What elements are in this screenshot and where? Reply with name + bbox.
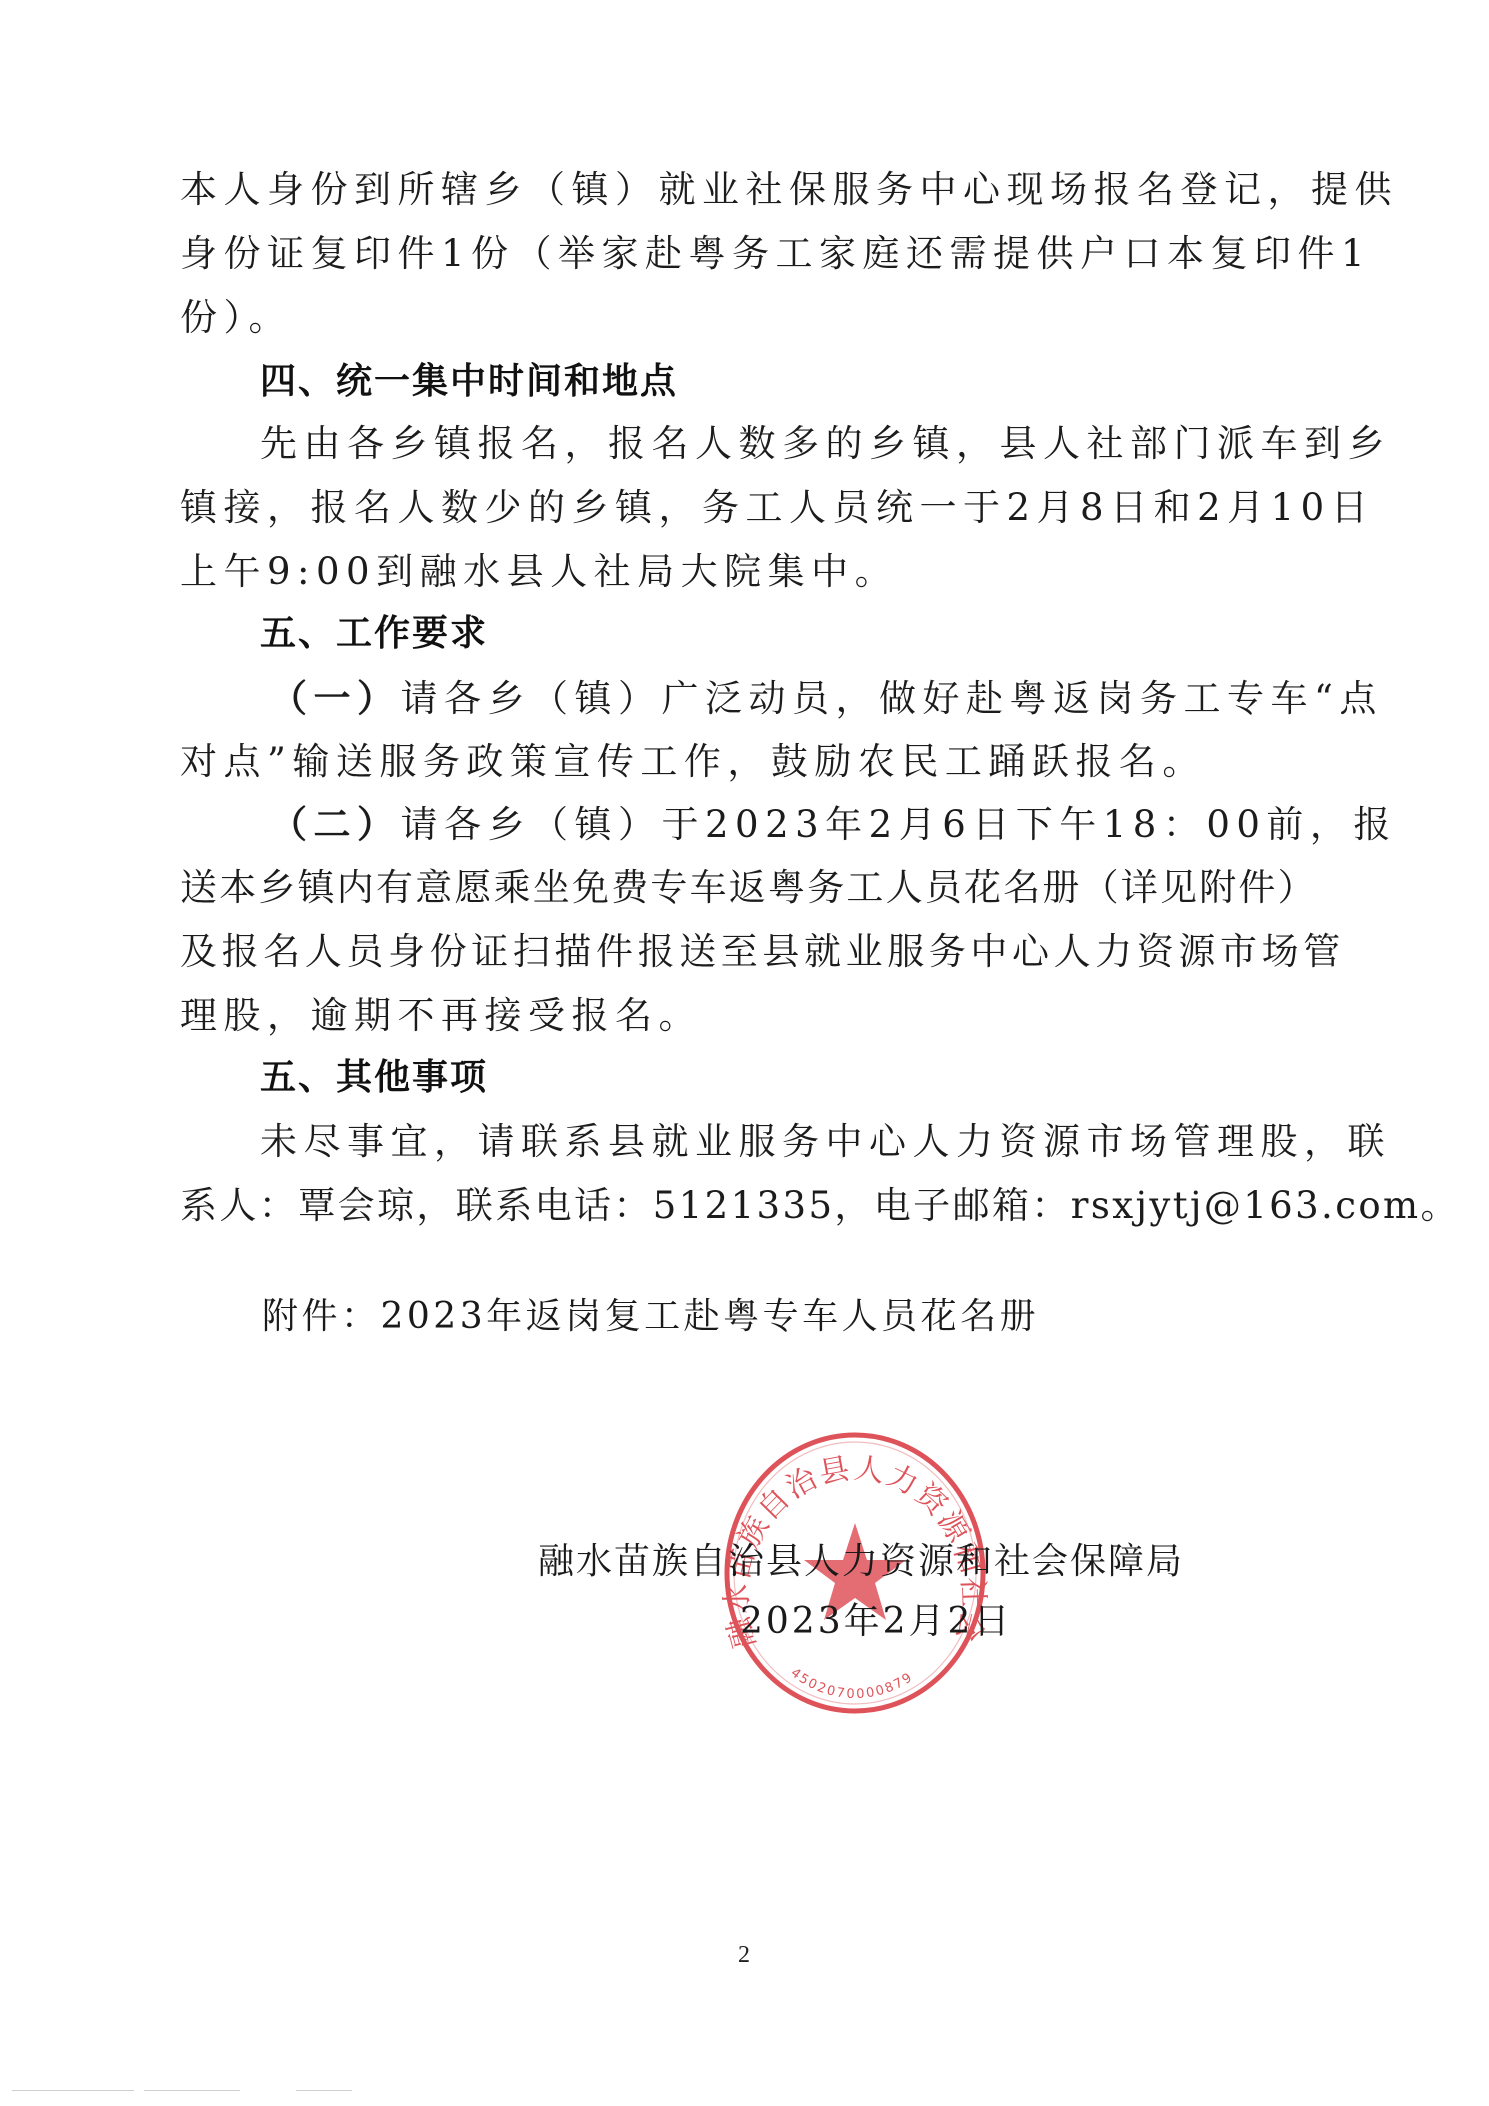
list-item-line: 送本乡镇内有意愿乘坐免费专车返粤务工人员花名册（详见附件） <box>180 866 1317 910</box>
svg-text:4502070000879: 4502070000879 <box>788 1666 917 1703</box>
list-item-line: 理股，逾期不再接受报名。 <box>180 994 702 1038</box>
paragraph-line: 本人身份到所辖乡（镇）就业社保服务中心现场报名登记，提供 <box>180 168 1398 212</box>
document-page: 本人身份到所辖乡（镇）就业社保服务中心现场报名登记，提供 身份证复印件1份（举家… <box>0 0 1489 2106</box>
list-item-text: 请各乡（镇）广泛动员，做好赴粤返岗务工专车“点 <box>401 677 1383 720</box>
list-item-text: 请各乡（镇）于2023年2月6日下午18：00前，报 <box>401 803 1397 846</box>
page-number: 2 <box>738 1942 750 1969</box>
attachment-note: 附件：2023年返岗复工赴粤专车人员花名册 <box>262 1295 1039 1339</box>
section-heading-other: 五、其他事项 <box>260 1056 488 1100</box>
list-item-2: （二）请各乡（镇）于2023年2月6日下午18：00前，报 <box>270 802 1397 847</box>
section-body-line: 未尽事宜，请联系县就业服务中心人力资源市场管理股，联 <box>260 1120 1391 1164</box>
section-body-line: 先由各乡镇报名，报名人数多的乡镇，县人社部门派车到乡 <box>260 422 1391 466</box>
section-heading-5: 五、工作要求 <box>260 612 488 656</box>
list-item-line: 及报名人员身份证扫描件报送至县就业服务中心人力资源市场管 <box>180 930 1345 974</box>
list-item-line: 对点”输送服务政策宣传工作，鼓励农民工踊跃报名。 <box>180 740 1206 784</box>
section-body-line: 镇接，报名人数少的乡镇，务工人员统一于2月8日和2月10日 <box>180 486 1374 530</box>
signature-organization: 融水苗族自治县人力资源和社会保障局 <box>538 1540 1184 1584</box>
scan-artifact-line <box>12 2090 134 2091</box>
list-item-1: （一）请各乡（镇）广泛动员，做好赴粤返岗务工专车“点 <box>270 676 1383 721</box>
signature-date: 2023年2月2日 <box>740 1600 1012 1644</box>
contact-line: 系人：覃会琼，联系电话：5121335，电子邮箱：rsxjytj@163.com… <box>180 1184 1460 1228</box>
list-item-label: （一） <box>270 676 401 720</box>
scan-artifact-line <box>296 2090 352 2091</box>
paragraph-line: 份）。 <box>180 296 292 340</box>
paragraph-line: 身份证复印件1份（举家赴粤务工家庭还需提供户口本复印件1 <box>180 232 1371 276</box>
list-item-label: （二） <box>270 802 401 846</box>
section-heading-4: 四、统一集中时间和地点 <box>260 360 678 404</box>
scan-artifact-line <box>144 2090 240 2091</box>
section-body-line: 上午9:00到融水县人社局大院集中。 <box>180 550 898 594</box>
